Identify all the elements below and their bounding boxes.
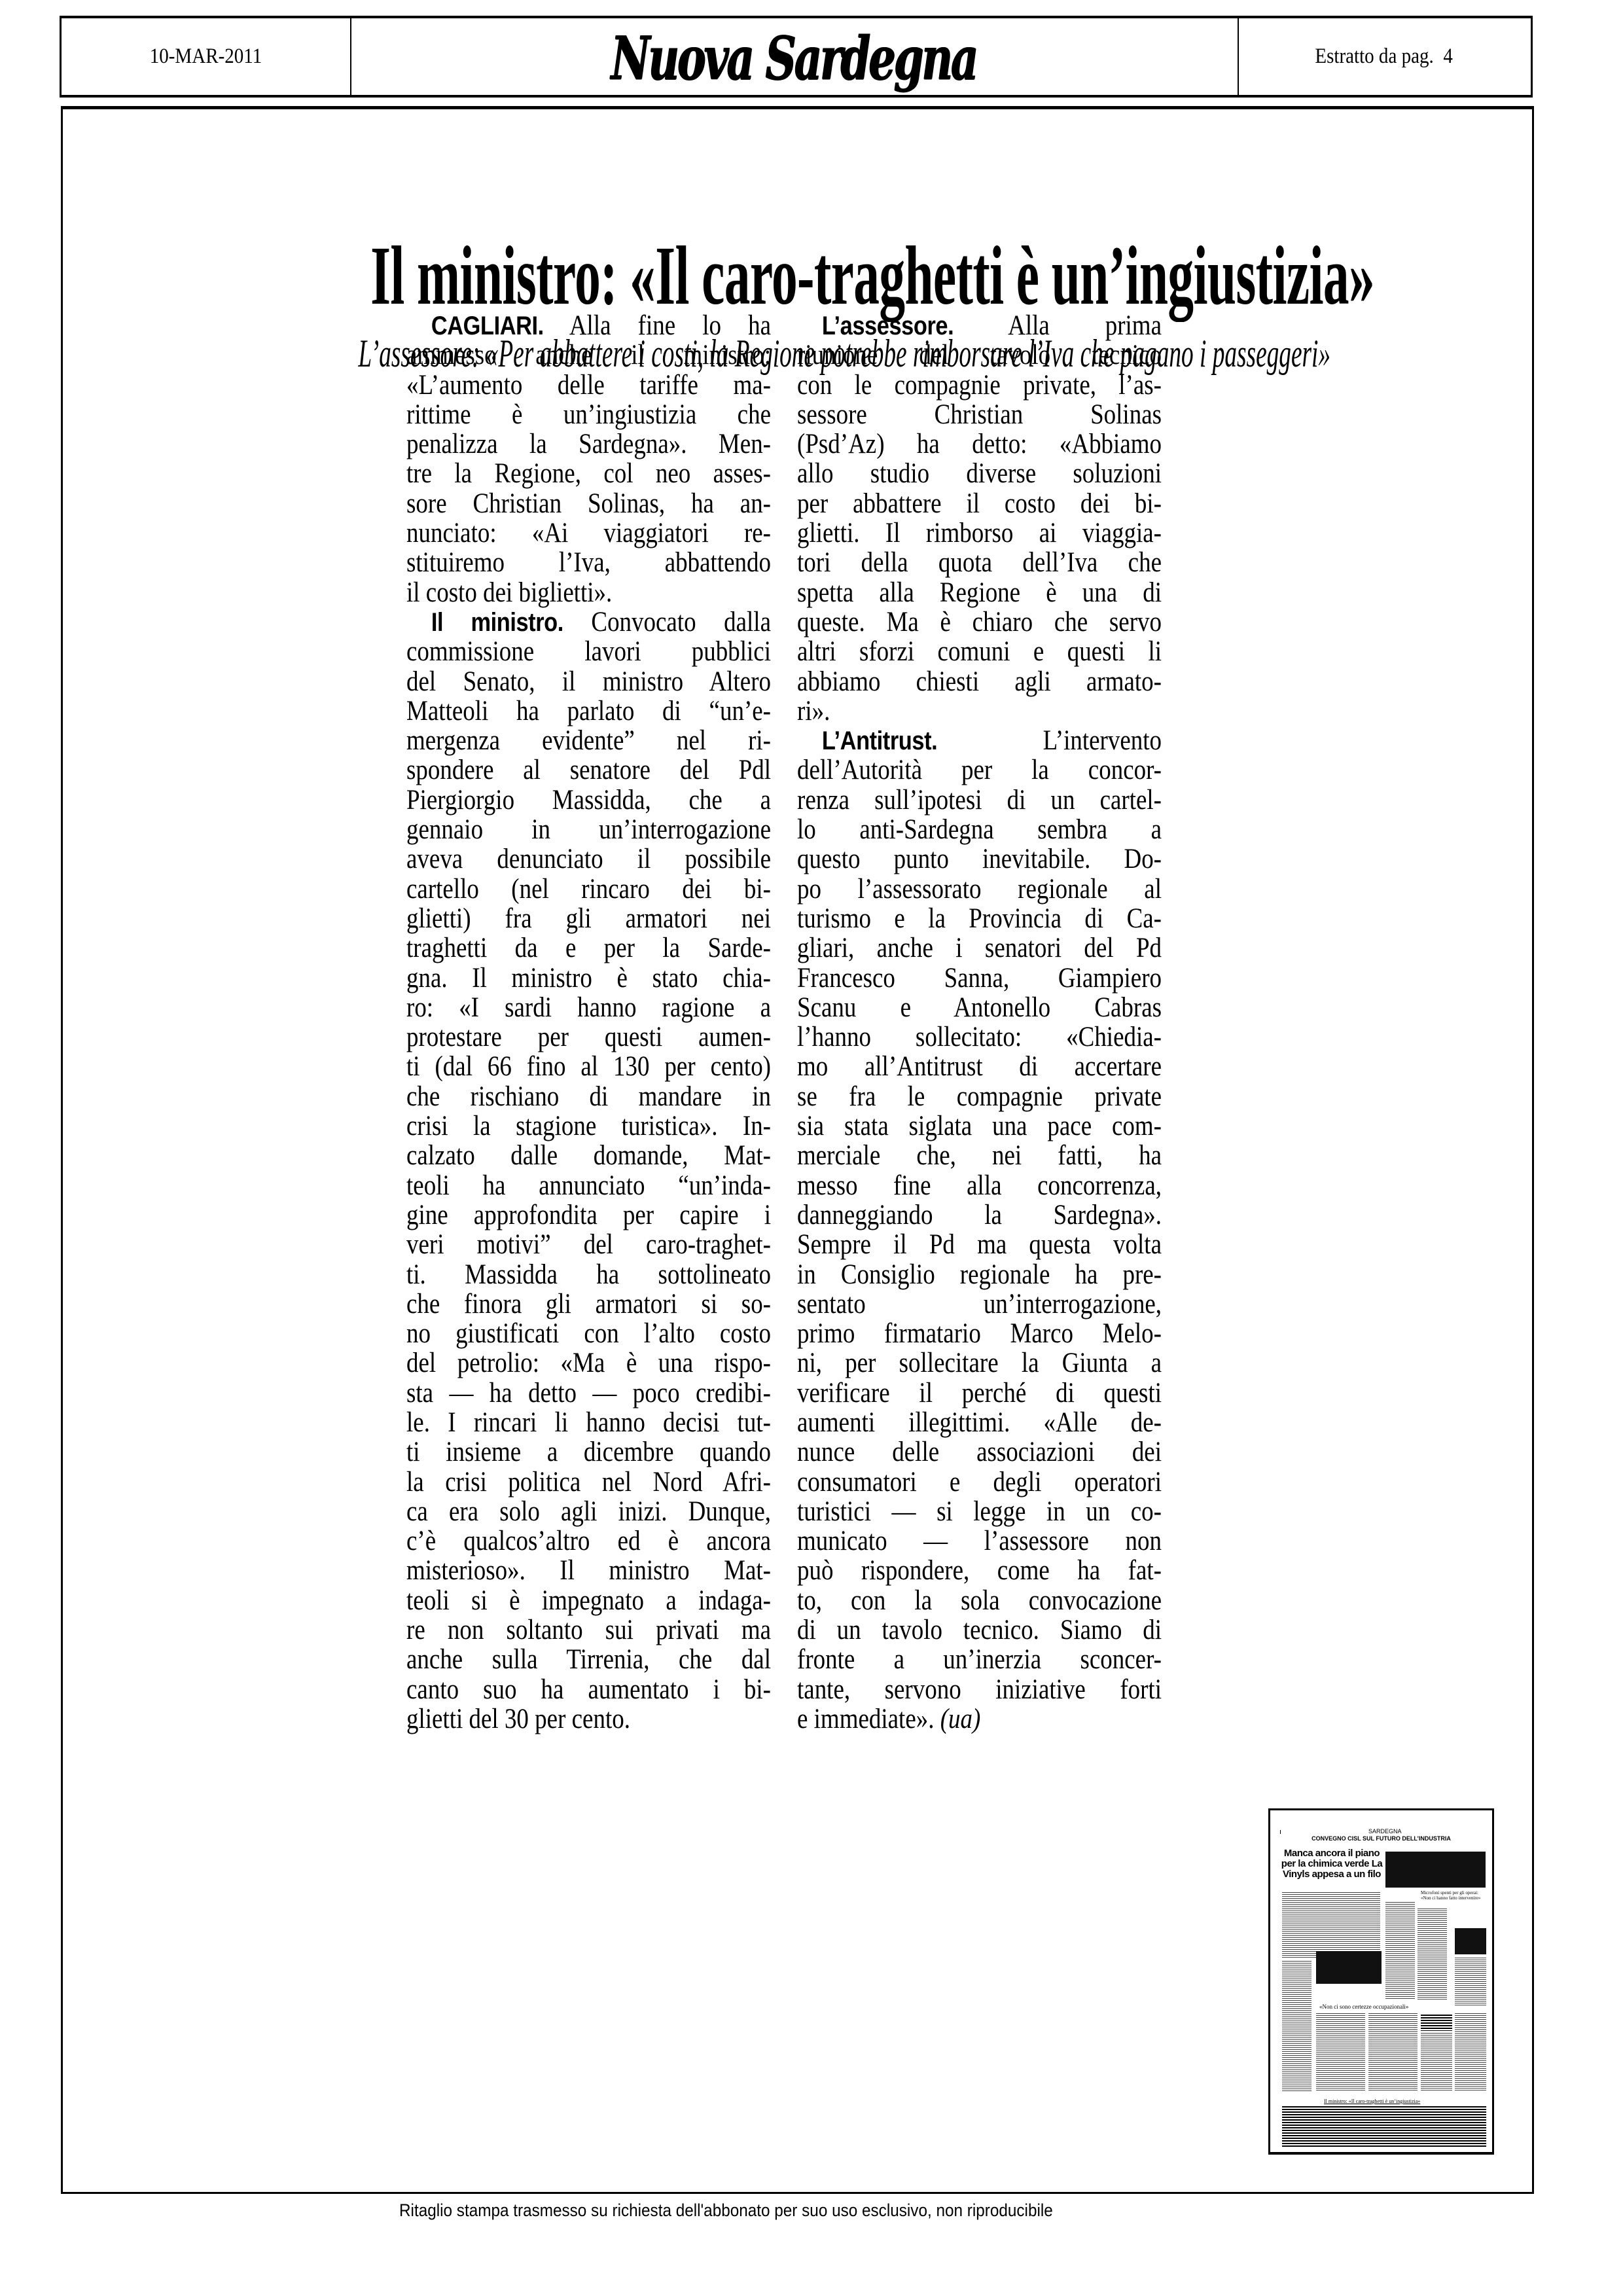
text-line-content: nunciato: «Ai viaggiatori re- xyxy=(406,518,771,548)
line-text: protestare per questi aumen- xyxy=(406,1022,771,1052)
text-line-content: con le compagnie private, l’as- xyxy=(797,370,1162,400)
line-text: no giustificati con l’alto costo xyxy=(406,1318,771,1349)
text-line: verificare il perché di questi xyxy=(797,1378,1162,1408)
line-text: nunciato: «Ai viaggiatori re- xyxy=(406,518,771,548)
line-text: gennaio in un’interrogazione xyxy=(406,814,771,845)
page-cell: Estratto da pag. 4 xyxy=(1238,18,1531,95)
paragraph-lead: L’Antitrust. xyxy=(822,726,937,755)
text-line: cartello (nel rincaro dei bi- xyxy=(406,874,771,904)
line-text: può rispondere, come ha fat- xyxy=(797,1555,1162,1586)
line-text: mergenza evidente” nel ri- xyxy=(406,725,771,756)
copyright-notice: Ritaglio stampa trasmesso su richiesta d… xyxy=(399,2200,1053,2221)
thumb-photo-3 xyxy=(1316,1951,1382,1984)
text-line: glietti) fra gli armatori nei xyxy=(406,904,771,933)
thumb-kicker: CONVEGNO CISL SUL FUTURO DELL’INDUSTRIA xyxy=(1270,1835,1492,1842)
line-text: di un tavolo tecnico. Siamo di xyxy=(797,1615,1162,1645)
text-line: canto suo ha aumentato i bi- xyxy=(406,1675,771,1704)
line-text: fronte a un’inerzia sconcer- xyxy=(797,1644,1162,1675)
line-text: Sempre il Pd ma questa volta xyxy=(797,1229,1162,1260)
text-line: Sempre il Pd ma questa volta xyxy=(797,1230,1162,1259)
text-line-content: crisi la stagione turistica». In- xyxy=(406,1111,771,1141)
text-line: CAGLIARI. Alla fine lo ha xyxy=(406,311,771,340)
text-line-content: sessore Christian Solinas xyxy=(797,400,1162,429)
text-line: primo firmatario Marco Melo- xyxy=(797,1319,1162,1348)
line-text: il costo dei biglietti». xyxy=(406,577,612,608)
text-line-content: del Senato, il ministro Altero xyxy=(406,667,771,696)
text-line: rittime è un’ingiustizia che xyxy=(406,400,771,429)
text-line-content: misterioso». Il ministro Mat- xyxy=(406,1556,771,1585)
text-line: gna. Il ministro è stato chia- xyxy=(406,963,771,993)
text-line-content: commissione lavori pubblici xyxy=(406,637,771,666)
text-line: in Consiglio regionale ha pre- xyxy=(797,1260,1162,1289)
text-line-content: Matteoli ha parlato di “un’e- xyxy=(406,696,771,726)
text-line: turismo e la Provincia di Ca- xyxy=(797,904,1162,933)
line-text: anche sulla Tirrenia, che dal xyxy=(406,1644,771,1675)
line-text: sessore Christian Solinas xyxy=(797,399,1162,430)
line-text: glietti del 30 per cento. xyxy=(406,1704,630,1734)
text-line-content: Scanu e Antonello Cabras xyxy=(797,993,1162,1022)
line-text: ri». xyxy=(797,696,830,726)
line-text: merciale che, nei fatti, ha xyxy=(797,1140,1162,1171)
text-line-content: to, con la sola convocazione xyxy=(797,1586,1162,1615)
text-line-content: e immediate». (ua) xyxy=(797,1704,1162,1734)
text-line-content: messo fine alla concorrenza, xyxy=(797,1171,1162,1200)
text-line-content: ni, per sollecitare la Giunta a xyxy=(797,1348,1162,1378)
text-line: aveva denunciato il possibile xyxy=(406,844,771,874)
text-line-content: consumatori e degli operatori xyxy=(797,1467,1162,1497)
line-text: ti. Massidda ha sottolineato xyxy=(406,1259,771,1290)
line-text: Piergiorgio Massidda, che a xyxy=(406,785,771,816)
text-line-content: danneggiando la Sardegna». xyxy=(797,1200,1162,1230)
text-line-content: riunione del tavolo tecnico xyxy=(797,340,1162,370)
text-line: c’è qualcos’altro ed è ancora xyxy=(406,1526,771,1556)
text-line-content: in Consiglio regionale ha pre- xyxy=(797,1260,1162,1289)
text-line-content: gliari, anche i senatori del Pd xyxy=(797,933,1162,963)
text-line-content: ti (dal 66 fino al 130 per cento) xyxy=(406,1052,771,1081)
text-line: protestare per questi aumen- xyxy=(406,1022,771,1052)
text-line-content: di un tavolo tecnico. Siamo di xyxy=(797,1615,1162,1645)
text-line-content: merciale che, nei fatti, ha xyxy=(797,1141,1162,1170)
line-text: commissione lavori pubblici xyxy=(406,636,771,667)
text-line-content: Piergiorgio Massidda, che a xyxy=(406,785,771,815)
thumb-text-block xyxy=(1368,2013,1418,2092)
text-line-content: ti. Massidda ha sottolineato xyxy=(406,1260,771,1289)
line-text: municato — l’assessore non xyxy=(797,1526,1162,1556)
text-line-content: altri sforzi comuni e questi li xyxy=(797,637,1162,666)
text-line-content: le. I rincari li hanno decisi tut- xyxy=(406,1408,771,1437)
line-text: lo anti-Sardegna sembra a xyxy=(797,814,1162,845)
text-line: lo anti-Sardegna sembra a xyxy=(797,815,1162,844)
line-text: spondere al senatore del Pdl xyxy=(406,755,771,785)
text-line-content: che finora gli armatori si so- xyxy=(406,1289,771,1319)
text-line: L’Antitrust. L’intervento xyxy=(797,726,1162,755)
line-text: calzato dalle domande, Mat- xyxy=(406,1140,771,1171)
text-line: ammesso anche il ministro: xyxy=(406,340,771,370)
text-line: se fra le compagnie private xyxy=(797,1082,1162,1111)
paragraph-lead: CAGLIARI. xyxy=(431,312,544,340)
text-line-content: ammesso anche il ministro: xyxy=(406,340,771,370)
line-text: e immediate». xyxy=(797,1704,940,1734)
text-line: dell’Autorità per la concor- xyxy=(797,755,1162,785)
line-text: sta — ha detto — poco credibi- xyxy=(406,1378,771,1408)
text-line: aumenti illegittimi. «Alle de- xyxy=(797,1408,1162,1437)
line-text: se fra le compagnie private xyxy=(797,1081,1162,1112)
line-text: ro: «I sardi hanno ragione a xyxy=(406,992,771,1023)
text-line-content: (Psd’Az) ha detto: «Abbiamo xyxy=(797,429,1162,459)
line-text: danneggiando la Sardegna». xyxy=(797,1200,1162,1230)
line-text: gliari, anche i senatori del Pd xyxy=(797,933,1162,963)
thumb-text-block xyxy=(1282,1961,1311,2092)
text-line-content: glietti) fra gli armatori nei xyxy=(406,904,771,933)
thumb-photo-2 xyxy=(1455,1928,1486,1954)
line-text: Convocato dalla xyxy=(563,607,771,637)
text-line-content: penalizza la Sardegna». Men- xyxy=(406,429,771,459)
publication-date: 10-MAR-2011 xyxy=(150,45,262,69)
text-line: penalizza la Sardegna». Men- xyxy=(406,429,771,459)
text-line-content: no giustificati con l’alto costo xyxy=(406,1319,771,1348)
thumb-text-block xyxy=(1282,1892,1380,1958)
line-text: cartello (nel rincaro dei bi- xyxy=(406,874,771,905)
line-text: glietti. Il rimborso ai viaggia- xyxy=(797,518,1162,548)
text-line-content: verificare il perché di questi xyxy=(797,1378,1162,1408)
text-line: sentato un’interrogazione, xyxy=(797,1289,1162,1319)
line-text: veri motivi” del caro-traghet- xyxy=(406,1229,771,1260)
text-line-content: dell’Autorità per la concor- xyxy=(797,755,1162,785)
text-line: può rispondere, come ha fat- xyxy=(797,1556,1162,1585)
text-line-content: renza sull’ipotesi di un cartel- xyxy=(797,785,1162,815)
article-column-2: L’assessore. Alla primariunione del tavo… xyxy=(797,311,1162,1734)
line-text: queste. Ma è chiaro che servo xyxy=(797,607,1162,637)
line-text: allo studio diverse soluzioni xyxy=(797,458,1162,489)
text-line: Piergiorgio Massidda, che a xyxy=(406,785,771,815)
text-line-content: Francesco Sanna, Giampiero xyxy=(797,963,1162,993)
line-text: le. I rincari li hanno decisi tut- xyxy=(406,1407,771,1438)
text-line: ti (dal 66 fino al 130 per cento) xyxy=(406,1052,771,1081)
line-text: teoli si è impegnato a indaga- xyxy=(406,1585,771,1616)
line-text: primo firmatario Marco Melo- xyxy=(797,1318,1162,1349)
text-line-content: abbiamo chiesti agli armato- xyxy=(797,667,1162,696)
line-text: tante, servono iniziative forti xyxy=(797,1674,1162,1705)
text-line: no giustificati con l’alto costo xyxy=(406,1319,771,1348)
text-line: le. I rincari li hanno decisi tut- xyxy=(406,1408,771,1437)
line-text: Matteoli ha parlato di “un’e- xyxy=(406,696,771,726)
text-line: merciale che, nei fatti, ha xyxy=(797,1141,1162,1170)
text-line-content: L’assessore. Alla prima xyxy=(797,311,1162,341)
line-text: ammesso anche il ministro: xyxy=(406,340,771,370)
text-line-content: che rischiano di mandare in xyxy=(406,1082,771,1111)
thumb-title: Manca ancora il piano per la chimica ver… xyxy=(1280,1848,1383,1880)
line-text: del petrolio: «Ma è una rispo- xyxy=(406,1348,771,1378)
text-line-content: mo all’Antitrust di accertare xyxy=(797,1052,1162,1081)
thumb-text-block xyxy=(1385,1902,1415,2000)
text-line-content: questo punto inevitabile. Do- xyxy=(797,844,1162,874)
text-line-content: l’hanno sollecitato: «Chiedia- xyxy=(797,1022,1162,1052)
text-line: tre la Regione, col neo asses- xyxy=(406,459,771,488)
text-line: fronte a un’inerzia sconcer- xyxy=(797,1645,1162,1674)
line-text: rittime è un’ingiustizia che xyxy=(406,399,771,430)
text-line: ro: «I sardi hanno ragione a xyxy=(406,993,771,1022)
line-text: renza sull’ipotesi di un cartel- xyxy=(797,785,1162,816)
text-line: ti. Massidda ha sottolineato xyxy=(406,1260,771,1289)
line-text: turistici — si legge in un co- xyxy=(797,1496,1162,1527)
thumb-text-block xyxy=(1455,1958,1486,2007)
text-line: municato — l’assessore non xyxy=(797,1526,1162,1556)
line-text: Alla fine lo ha xyxy=(544,310,771,341)
line-text: Francesco Sanna, Giampiero xyxy=(797,963,1162,994)
text-line: to, con la sola convocazione xyxy=(797,1586,1162,1615)
text-line-content: sore Christian Solinas, ha an- xyxy=(406,489,771,518)
line-text: teoli ha annunciato “un’inda- xyxy=(406,1170,771,1201)
text-line-content: rittime è un’ingiustizia che xyxy=(406,400,771,429)
text-line: ri». xyxy=(797,696,1162,726)
text-line: teoli ha annunciato “un’inda- xyxy=(406,1171,771,1200)
thumb-text-block xyxy=(1455,2013,1486,2092)
line-text: che rischiano di mandare in xyxy=(406,1081,771,1112)
line-text: Scanu e Antonello Cabras xyxy=(797,992,1162,1023)
text-line: crisi la stagione turistica». In- xyxy=(406,1111,771,1141)
text-line-content: aumenti illegittimi. «Alle de- xyxy=(797,1408,1162,1437)
text-line: spetta alla Regione è una di xyxy=(797,578,1162,607)
text-line-content: gennaio in un’interrogazione xyxy=(406,815,771,844)
masthead-cell: Nuova Sardegna xyxy=(350,18,1239,95)
line-text: turismo e la Provincia di Ca- xyxy=(797,903,1162,934)
text-line-content: per abbattere il costo dei bi- xyxy=(797,489,1162,518)
line-text: riunione del tavolo tecnico xyxy=(797,340,1162,370)
text-line-content: sia stata siglata una pace com- xyxy=(797,1111,1162,1141)
text-line-content: Il ministro. Convocato dalla xyxy=(406,607,771,637)
text-line-content: tori della quota dell’Iva che xyxy=(797,548,1162,577)
text-line: consumatori e degli operatori xyxy=(797,1467,1162,1497)
line-text: traghetti da e per la Sarde- xyxy=(406,933,771,963)
text-line: per abbattere il costo dei bi- xyxy=(797,489,1162,518)
text-line: misterioso». Il ministro Mat- xyxy=(406,1556,771,1585)
text-line: traghetti da e per la Sarde- xyxy=(406,933,771,963)
text-line-content: del petrolio: «Ma è una rispo- xyxy=(406,1348,771,1378)
line-text: consumatori e degli operatori xyxy=(797,1467,1162,1498)
text-line-content: gna. Il ministro è stato chia- xyxy=(406,963,771,993)
text-line: gennaio in un’interrogazione xyxy=(406,815,771,844)
text-line: nunce delle associazioni dei xyxy=(797,1437,1162,1467)
text-line-content: cartello (nel rincaro dei bi- xyxy=(406,874,771,904)
text-line-content: CAGLIARI. Alla fine lo ha xyxy=(406,311,771,341)
line-text: spetta alla Regione è una di xyxy=(797,577,1162,608)
text-line: sta — ha detto — poco credibi- xyxy=(406,1378,771,1408)
text-line: nunciato: «Ai viaggiatori re- xyxy=(406,518,771,548)
text-line: mergenza evidente” nel ri- xyxy=(406,726,771,755)
text-line-content: municato — l’assessore non xyxy=(797,1526,1162,1556)
text-line: questo punto inevitabile. Do- xyxy=(797,844,1162,874)
text-line: sessore Christian Solinas xyxy=(797,400,1162,429)
text-line-content: re non soltanto sui privati ma xyxy=(406,1615,771,1645)
line-text: ca era solo agli inizi. Dunque, xyxy=(406,1496,771,1527)
text-line: sore Christian Solinas, ha an- xyxy=(406,489,771,518)
text-line-content: ti insieme a dicembre quando xyxy=(406,1437,771,1467)
text-line: ni, per sollecitare la Giunta a xyxy=(797,1348,1162,1378)
article-column-1: CAGLIARI. Alla fine lo haammesso anche i… xyxy=(406,311,771,1734)
text-line-content: calzato dalle domande, Mat- xyxy=(406,1141,771,1170)
text-line: Il ministro. Convocato dalla xyxy=(406,607,771,637)
line-text: dell’Autorità per la concor- xyxy=(797,755,1162,785)
thumb-clip-highlight xyxy=(1282,2106,1486,2147)
thumb-text-block xyxy=(1418,1909,1447,2000)
line-text: verificare il perché di questi xyxy=(797,1378,1162,1408)
line-text: che finora gli armatori si so- xyxy=(406,1289,771,1319)
text-line: ti insieme a dicembre quando xyxy=(406,1437,771,1467)
text-line: del Senato, il ministro Altero xyxy=(406,667,771,696)
line-text: aveva denunciato il possibile xyxy=(406,844,771,874)
text-line: sia stata siglata una pace com- xyxy=(797,1111,1162,1141)
text-line: anche sulla Tirrenia, che dal xyxy=(406,1645,771,1674)
headline: Il ministro: «Il caro-traghetti è un’ing… xyxy=(63,234,1532,317)
thumb-clip-title: Il ministro: «Il caro-traghetti è un’ing… xyxy=(1324,2098,1420,2104)
text-line: Francesco Sanna, Giampiero xyxy=(797,963,1162,993)
text-line: l’hanno sollecitato: «Chiedia- xyxy=(797,1022,1162,1052)
line-text: aumenti illegittimi. «Alle de- xyxy=(797,1407,1162,1438)
newspaper-logo: Nuova Sardegna xyxy=(611,28,977,88)
text-line: queste. Ma è chiaro che servo xyxy=(797,607,1162,637)
text-line-content: se fra le compagnie private xyxy=(797,1082,1162,1111)
thumb-page-number xyxy=(1280,1830,1283,1834)
line-text: gine approfondita per capire i xyxy=(406,1200,771,1230)
text-line: abbiamo chiesti agli armato- xyxy=(797,667,1162,696)
text-line: gliari, anche i senatori del Pd xyxy=(797,933,1162,963)
text-line: renza sull’ipotesi di un cartel- xyxy=(797,785,1162,815)
text-line: glietti del 30 per cento. xyxy=(406,1704,771,1734)
author-signature: (ua) xyxy=(940,1704,981,1734)
text-line-content: fronte a un’inerzia sconcer- xyxy=(797,1645,1162,1674)
text-line-content: turismo e la Provincia di Ca- xyxy=(797,904,1162,933)
line-text: per abbattere il costo dei bi- xyxy=(797,488,1162,519)
line-text: canto suo ha aumentato i bi- xyxy=(406,1674,771,1705)
text-line-content: il costo dei biglietti». xyxy=(406,578,771,607)
thumb-photo-1 xyxy=(1385,1852,1486,1888)
text-line-content: allo studio diverse soluzioni xyxy=(797,459,1162,488)
text-line: allo studio diverse soluzioni xyxy=(797,459,1162,488)
line-text: po l’assessorato regionale al xyxy=(797,874,1162,905)
paragraph-lead: Il ministro. xyxy=(431,608,563,637)
thumb-mid-title: «Non ci sono certezze occupazionali» xyxy=(1319,2003,1408,2010)
text-line: altri sforzi comuni e questi li xyxy=(797,637,1162,666)
text-line-content: stituiremo l’Iva, abbattendo xyxy=(406,548,771,577)
line-text: tre la Regione, col neo asses- xyxy=(406,458,771,489)
text-line-content: può rispondere, come ha fat- xyxy=(797,1556,1162,1585)
line-text: messo fine alla concorrenza, xyxy=(797,1170,1162,1201)
text-line: il costo dei biglietti». xyxy=(406,578,771,607)
text-line: Matteoli ha parlato di “un’e- xyxy=(406,696,771,726)
text-line-content: tre la Regione, col neo asses- xyxy=(406,459,771,488)
text-line: la crisi politica nel Nord Afri- xyxy=(406,1467,771,1497)
line-text: re non soltanto sui privati ma xyxy=(406,1615,771,1645)
text-line: danneggiando la Sardegna». xyxy=(797,1200,1162,1230)
text-line-content: nunce delle associazioni dei xyxy=(797,1437,1162,1467)
text-line-content: aveva denunciato il possibile xyxy=(406,844,771,874)
text-line: stituiremo l’Iva, abbattendo xyxy=(406,548,771,577)
thumb-graphic xyxy=(1421,2015,1452,2031)
text-line-content: anche sulla Tirrenia, che dal xyxy=(406,1645,771,1674)
text-line-content: lo anti-Sardegna sembra a xyxy=(797,815,1162,844)
thumb-side-title: Microfoni spenti per gli operai: «Non ci… xyxy=(1421,1890,1486,1901)
text-line-content: veri motivi” del caro-traghet- xyxy=(406,1230,771,1259)
text-line: ca era solo agli inizi. Dunque, xyxy=(406,1497,771,1526)
text-line: glietti. Il rimborso ai viaggia- xyxy=(797,518,1162,548)
line-text: stituiremo l’Iva, abbattendo xyxy=(406,547,771,578)
line-text: l’hanno sollecitato: «Chiedia- xyxy=(797,1022,1162,1052)
text-line: (Psd’Az) ha detto: «Abbiamo xyxy=(797,429,1162,459)
text-line-content: teoli ha annunciato “un’inda- xyxy=(406,1171,771,1200)
line-text: questo punto inevitabile. Do- xyxy=(797,844,1162,874)
line-text: sia stata siglata una pace com- xyxy=(797,1111,1162,1141)
line-text: glietti) fra gli armatori nei xyxy=(406,903,771,934)
text-line: gine approfondita per capire i xyxy=(406,1200,771,1230)
line-text: gna. Il ministro è stato chia- xyxy=(406,963,771,994)
clipping-header: 10-MAR-2011 Nuova Sardegna Estratto da p… xyxy=(60,16,1533,98)
text-line: e immediate». (ua) xyxy=(797,1704,1162,1734)
text-line-content: ri». xyxy=(797,696,1162,726)
extract-page: Estratto da pag. 4 xyxy=(1315,45,1453,69)
line-text: tori della quota dell’Iva che xyxy=(797,547,1162,578)
text-line: spondere al senatore del Pdl xyxy=(406,755,771,785)
text-line-content: spetta alla Regione è una di xyxy=(797,578,1162,607)
line-text: «L’aumento delle tariffe ma- xyxy=(406,370,771,401)
paragraph-lead: L’assessore. xyxy=(822,312,954,340)
text-line: re non soltanto sui privati ma xyxy=(406,1615,771,1645)
line-text: ni, per sollecitare la Giunta a xyxy=(797,1348,1162,1378)
text-line-content: turistici — si legge in un co- xyxy=(797,1497,1162,1526)
text-line: che rischiano di mandare in xyxy=(406,1082,771,1111)
text-line-content: ca era solo agli inizi. Dunque, xyxy=(406,1497,771,1526)
line-text: c’è qualcos’altro ed è ancora xyxy=(406,1526,771,1556)
text-line-content: tante, servono iniziative forti xyxy=(797,1675,1162,1704)
text-line-content: la crisi politica nel Nord Afri- xyxy=(406,1467,771,1497)
line-text: nunce delle associazioni dei xyxy=(797,1437,1162,1467)
line-text: ti insieme a dicembre quando xyxy=(406,1437,771,1467)
text-line-content: gine approfondita per capire i xyxy=(406,1200,771,1230)
text-line-content: c’è qualcos’altro ed è ancora xyxy=(406,1526,771,1556)
text-line: mo all’Antitrust di accertare xyxy=(797,1052,1162,1081)
text-line-content: teoli si è impegnato a indaga- xyxy=(406,1586,771,1615)
line-text: in Consiglio regionale ha pre- xyxy=(797,1259,1162,1290)
line-text: crisi la stagione turistica». In- xyxy=(406,1111,771,1141)
headline-text: Il ministro: «Il caro-traghetti è un’ing… xyxy=(370,234,1374,317)
line-text: ti (dal 66 fino al 130 per cento) xyxy=(406,1051,771,1082)
line-text: abbiamo chiesti agli armato- xyxy=(797,666,1162,697)
text-line: calzato dalle domande, Mat- xyxy=(406,1141,771,1170)
text-line-content: L’Antitrust. L’intervento xyxy=(797,726,1162,756)
thumb-text-block xyxy=(1316,2013,1365,2092)
text-line-content: ro: «I sardi hanno ragione a xyxy=(406,993,771,1022)
thumb-section: SARDEGNA xyxy=(1368,1828,1402,1835)
line-text: L’intervento xyxy=(937,725,1162,756)
text-line-content: sentato un’interrogazione, xyxy=(797,1289,1162,1319)
line-text: penalizza la Sardegna». Men- xyxy=(406,429,771,459)
text-line-content: po l’assessorato regionale al xyxy=(797,874,1162,904)
line-text: sentato un’interrogazione, xyxy=(797,1289,1162,1319)
text-line-content: «L’aumento delle tariffe ma- xyxy=(406,370,771,400)
text-line-content: Sempre il Pd ma questa volta xyxy=(797,1230,1162,1259)
text-line-content: glietti del 30 per cento. xyxy=(406,1704,771,1734)
text-line: po l’assessorato regionale al xyxy=(797,874,1162,904)
text-line: veri motivi” del caro-traghet- xyxy=(406,1230,771,1259)
text-line: tori della quota dell’Iva che xyxy=(797,548,1162,577)
text-line-content: traghetti da e per la Sarde- xyxy=(406,933,771,963)
line-text: del Senato, il ministro Altero xyxy=(406,666,771,697)
text-line: L’assessore. Alla prima xyxy=(797,311,1162,340)
line-text: to, con la sola convocazione xyxy=(797,1585,1162,1616)
text-line: del petrolio: «Ma è una rispo- xyxy=(406,1348,771,1378)
text-line: messo fine alla concorrenza, xyxy=(797,1171,1162,1200)
text-line: con le compagnie private, l’as- xyxy=(797,370,1162,400)
text-line-content: canto suo ha aumentato i bi- xyxy=(406,1675,771,1704)
